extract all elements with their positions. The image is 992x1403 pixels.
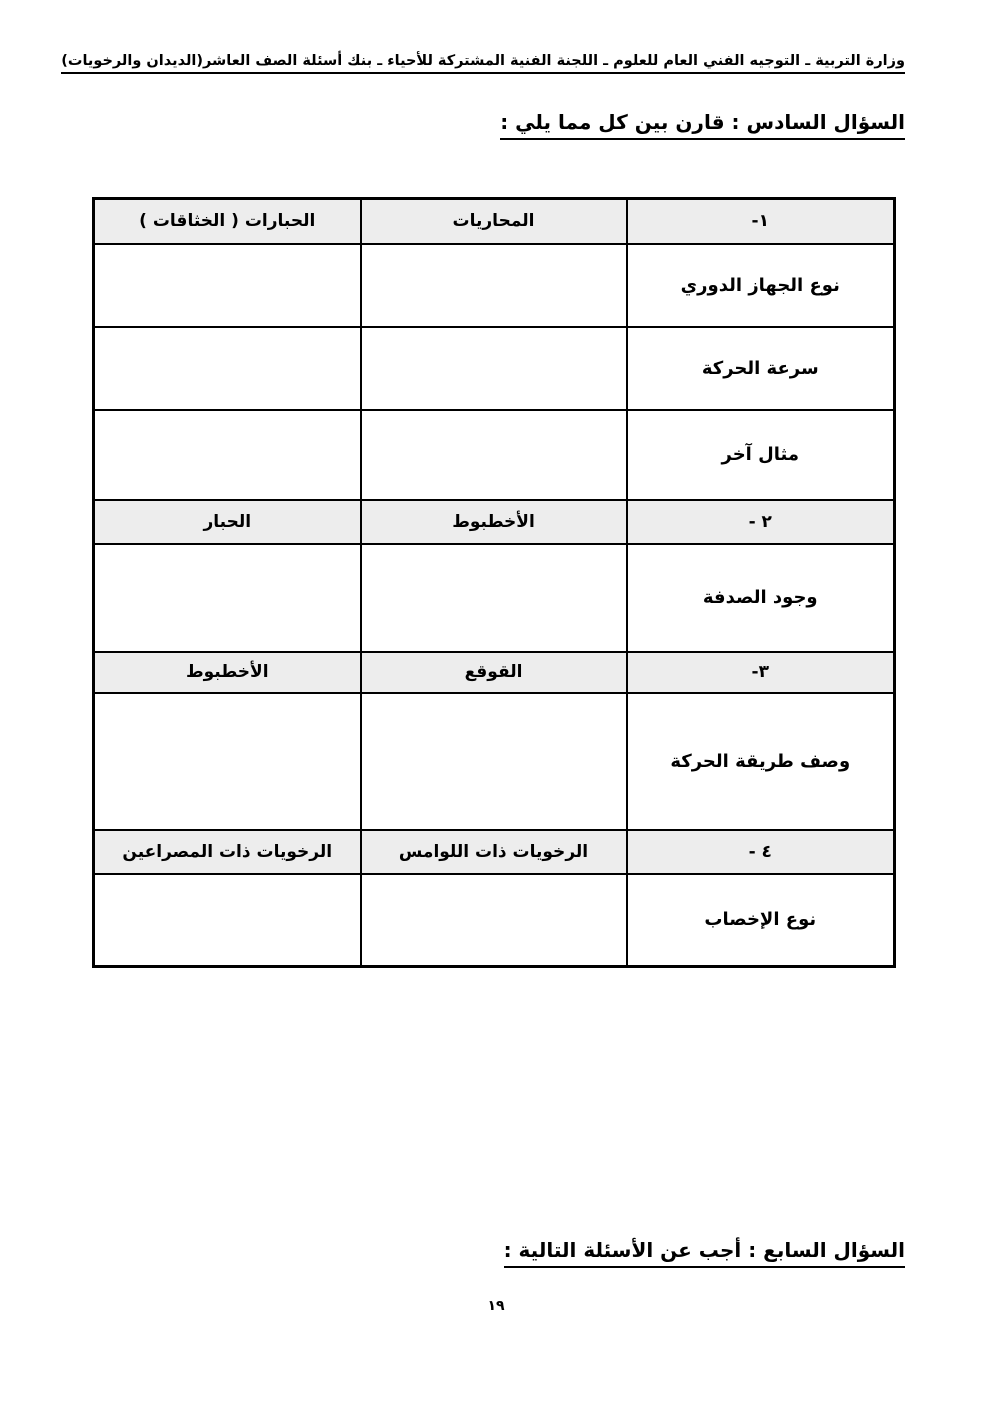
answer-cell: [361, 244, 627, 327]
criterion-row: وجود الصدفة: [94, 544, 895, 652]
group-item-a-cell: القوقع: [361, 652, 627, 693]
question-six-title: السؤال السادس : قارن بين كل مما يلي :: [500, 110, 905, 140]
answer-cell: [361, 874, 627, 967]
criterion-label-cell: مثال آخر: [627, 410, 895, 500]
criterion-label-cell: وجود الصدفة: [627, 544, 895, 652]
answer-cell: [361, 327, 627, 410]
question-seven-title-text: السؤال السابع : أجب عن الأسئلة التالية :: [504, 1238, 905, 1268]
question-seven-title: السؤال السابع : أجب عن الأسئلة التالية :: [504, 1238, 905, 1268]
group-item-b-cell: الرخويات ذات المصراعين: [94, 830, 361, 874]
criterion-label-cell: نوع الإخصاب: [627, 874, 895, 967]
document-header: وزارة التربية ـ التوجيه الفني العام للعل…: [87, 50, 905, 74]
table-group-header-row: ٣- القوقع الأخطبوط: [94, 652, 895, 693]
criterion-label-cell: سرعة الحركة: [627, 327, 895, 410]
criterion-label-cell: وصف طريقة الحركة: [627, 693, 895, 830]
criterion-row: سرعة الحركة: [94, 327, 895, 410]
answer-cell: [361, 410, 627, 500]
criterion-label-cell: نوع الجهاز الدوري: [627, 244, 895, 327]
group-item-b-cell: الأخطبوط: [94, 652, 361, 693]
answer-cell: [361, 544, 627, 652]
group-item-a-cell: الرخويات ذات اللوامس: [361, 830, 627, 874]
answer-cell: [94, 410, 361, 500]
answer-cell: [94, 544, 361, 652]
group-item-b-cell: الحبار: [94, 500, 361, 544]
table-group-header-row: ١- المحاريات الحبارات ( الخثاقات ): [94, 199, 895, 244]
criterion-row: وصف طريقة الحركة: [94, 693, 895, 830]
group-number-cell: ٢ -: [627, 500, 895, 544]
group-number-cell: ١-: [627, 199, 895, 244]
table-group-header-row: ٤ - الرخويات ذات اللوامس الرخويات ذات ال…: [94, 830, 895, 874]
group-number-cell: ٤ -: [627, 830, 895, 874]
group-item-b-cell: الحبارات ( الخثاقات ): [94, 199, 361, 244]
answer-cell: [94, 327, 361, 410]
criterion-row: نوع الجهاز الدوري: [94, 244, 895, 327]
criterion-row: مثال آخر: [94, 410, 895, 500]
document-header-text: وزارة التربية ـ التوجيه الفني العام للعل…: [61, 53, 905, 74]
criterion-row: نوع الإخصاب: [94, 874, 895, 967]
comparison-table: ١- المحاريات الحبارات ( الخثاقات ) نوع ا…: [92, 197, 896, 968]
page-number: ١٩: [0, 1298, 992, 1314]
table-group-header-row: ٢ - الأخطبوط الحبار: [94, 500, 895, 544]
answer-cell: [361, 693, 627, 830]
group-item-a-cell: المحاريات: [361, 199, 627, 244]
answer-cell: [94, 693, 361, 830]
answer-cell: [94, 244, 361, 327]
group-item-a-cell: الأخطبوط: [361, 500, 627, 544]
group-number-cell: ٣-: [627, 652, 895, 693]
question-six-title-text: السؤال السادس : قارن بين كل مما يلي :: [500, 110, 905, 140]
answer-cell: [94, 874, 361, 967]
